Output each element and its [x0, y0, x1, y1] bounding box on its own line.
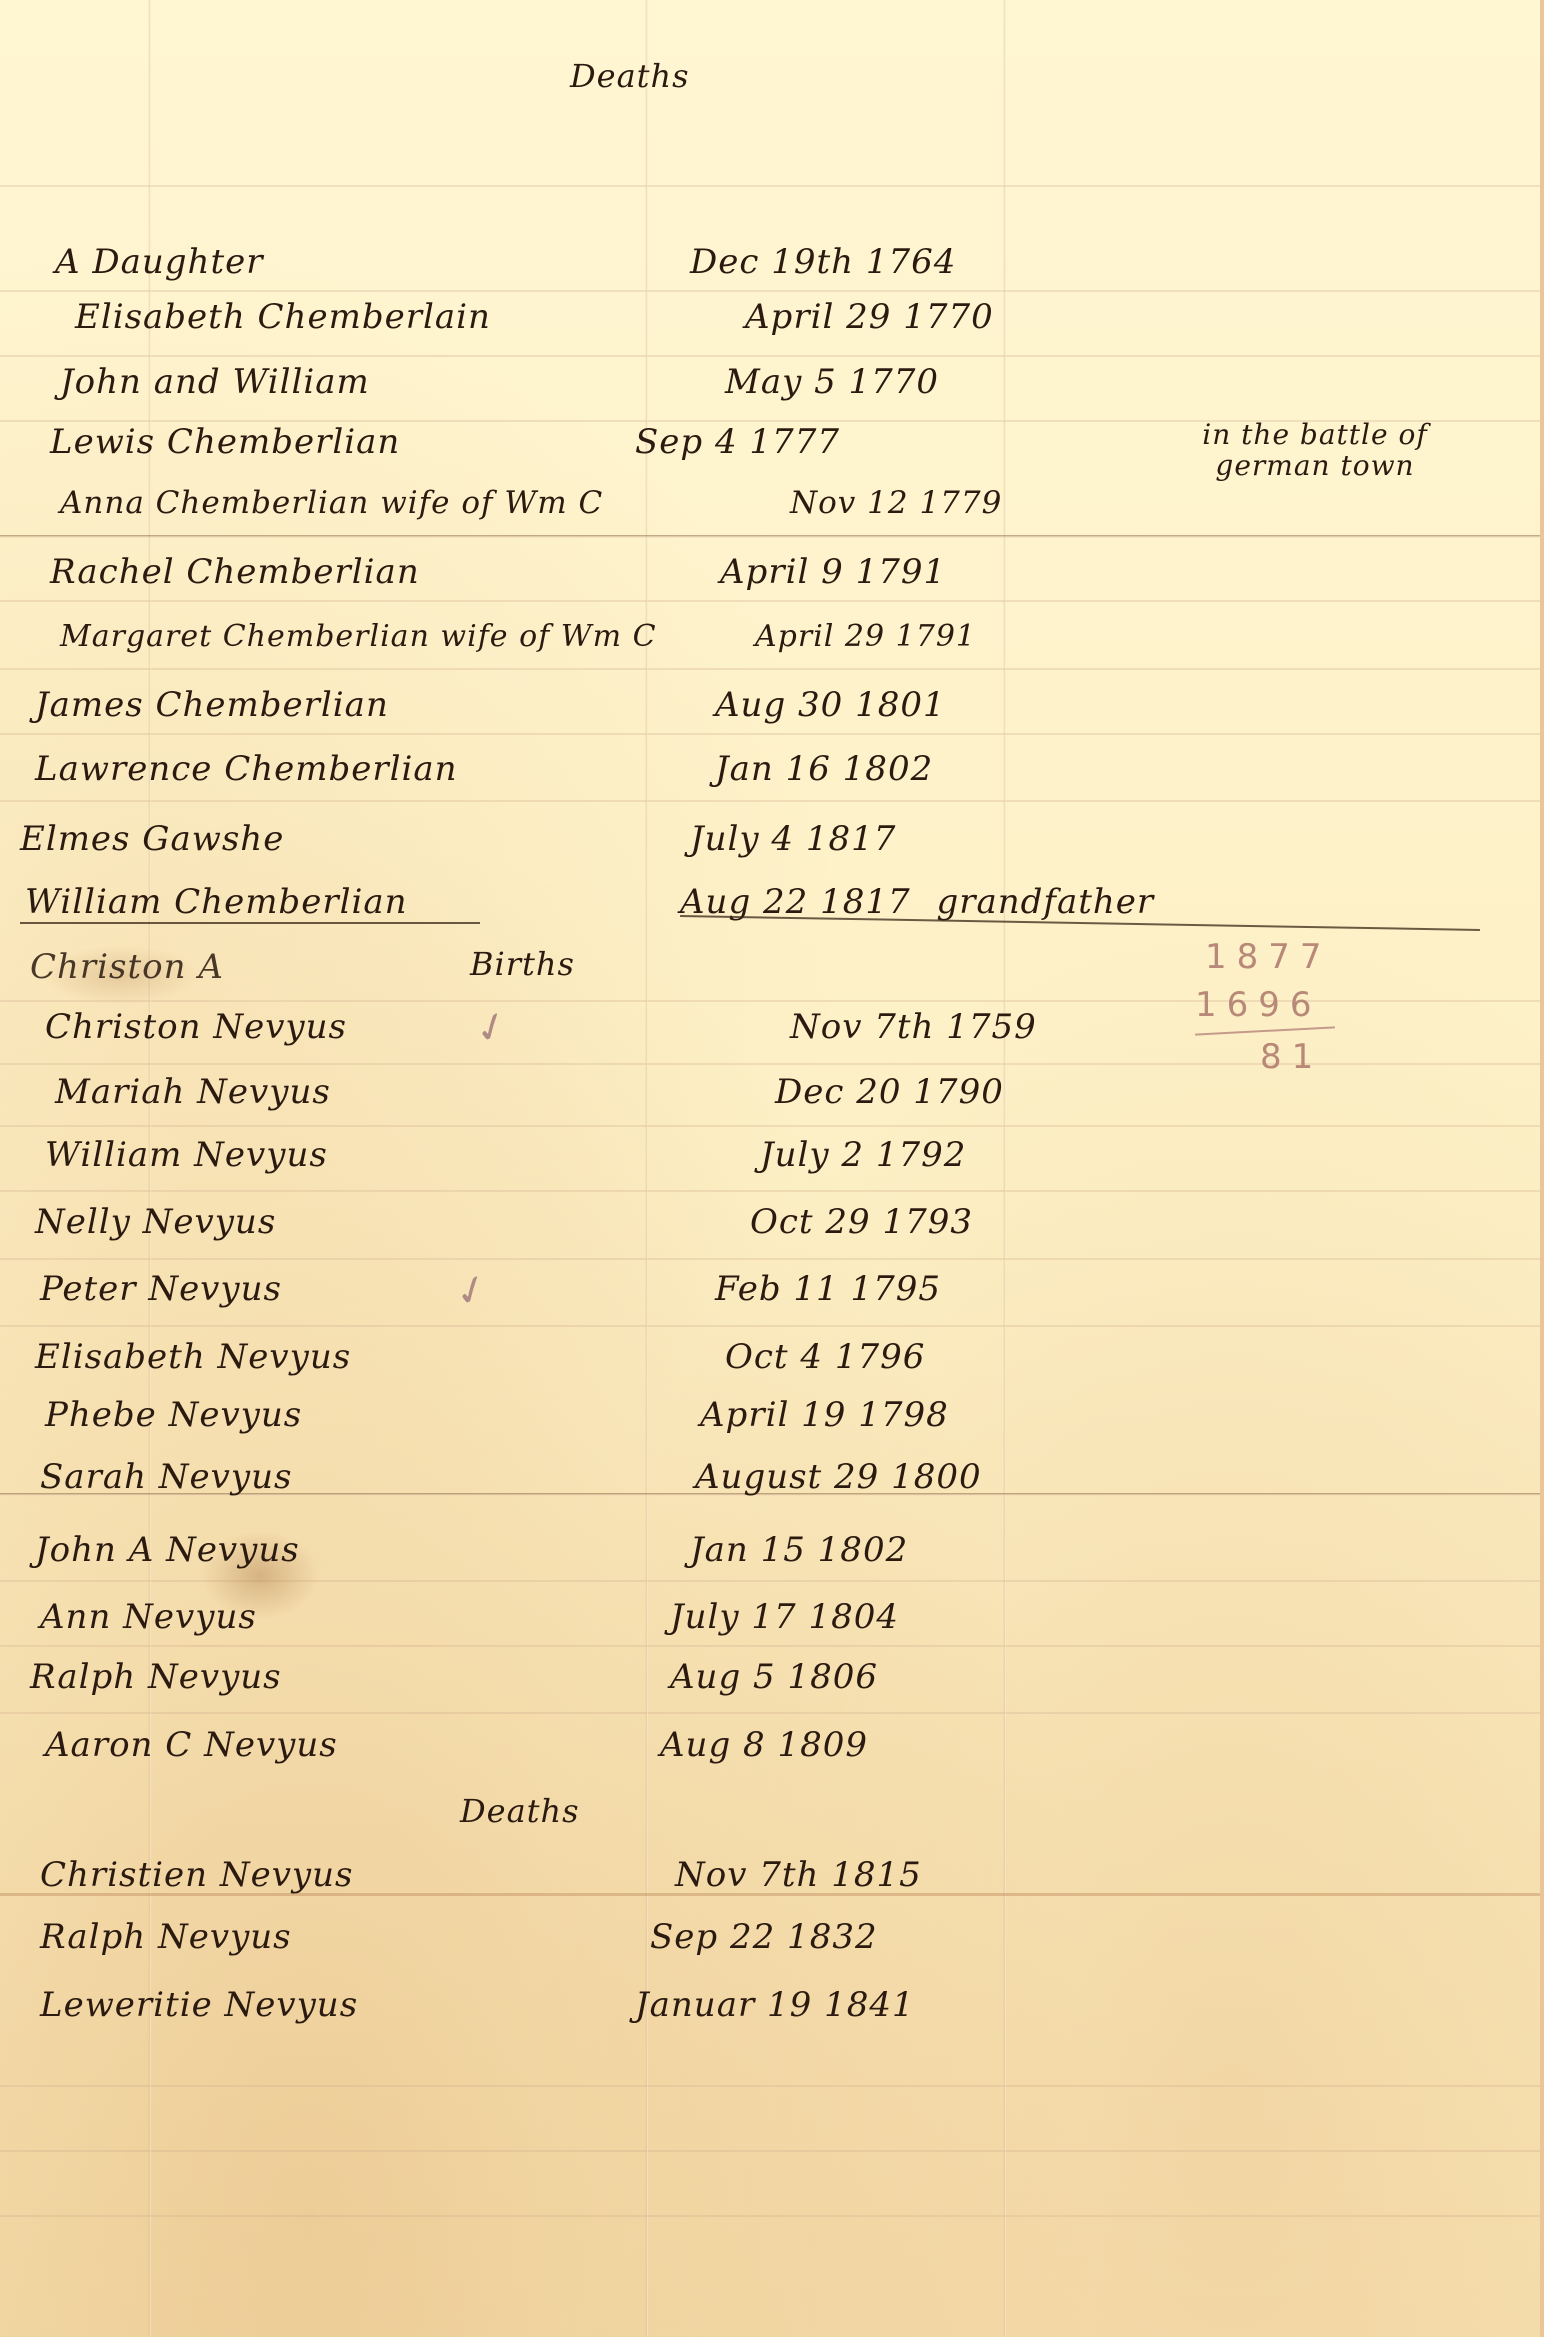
entry-date: Sep 22 1832 [650, 1920, 878, 1954]
battle-note: in the battle of german town [1150, 420, 1480, 482]
entry-date: Oct 4 1796 [725, 1340, 925, 1374]
entry-name: A Daughter [55, 245, 264, 279]
entry-date: Aug 5 1806 [670, 1660, 878, 1694]
entry-date: April 19 1798 [700, 1398, 949, 1432]
pencil-sum-line [1195, 1026, 1335, 1035]
entry-date: Jan 15 1802 [690, 1533, 908, 1567]
section-heading-deaths-2: Deaths [460, 1795, 580, 1827]
entry-date: May 5 1770 [725, 365, 939, 399]
ruled-line [0, 290, 1540, 292]
entry-name: Lawrence Chemberlian [35, 752, 458, 786]
ruled-line [0, 668, 1540, 670]
ruled-line [0, 1325, 1540, 1327]
section-heading-deaths: Deaths [570, 60, 690, 92]
entry-name: Elmes Gawshe [20, 822, 284, 856]
entry-name: Mariah Nevyus [55, 1075, 331, 1109]
entry-name: Aaron C Nevyus [45, 1728, 338, 1762]
entry-date: Feb 11 1795 [715, 1272, 941, 1306]
entry-date: July 4 1817 [690, 822, 896, 856]
ruled-line [0, 800, 1540, 802]
entry-date: Aug 22 1817 grandfather [680, 885, 1120, 919]
pencil-line1: 1877 [1205, 940, 1332, 974]
entry-date: April 29 1770 [745, 300, 994, 334]
document-page: Deaths A Daughter Dec 19th 1764 Elisabet… [0, 0, 1544, 2337]
entry-name: Lewis Chemberlian [50, 425, 400, 459]
ruled-line [0, 185, 1540, 187]
entry-date: Jan 16 1802 [715, 752, 933, 786]
ruled-line [0, 733, 1540, 735]
ruled-line [0, 600, 1540, 602]
entry-date: Dec 19th 1764 [690, 245, 956, 279]
entry-date: July 17 1804 [670, 1600, 899, 1634]
entry-date: Januar 19 1841 [635, 1988, 915, 2022]
entry-name: Margaret Chemberlian wife of Wm C [60, 622, 657, 652]
ruled-line [0, 1258, 1540, 1260]
entry-name: Phebe Nevyus [45, 1398, 302, 1432]
section-heading-births: Births [470, 948, 575, 980]
entry-name: Peter Nevyus [40, 1272, 282, 1306]
entry-name: John A Nevyus [35, 1533, 300, 1567]
entry-date: Aug 30 1801 [715, 688, 946, 722]
entry-date: April 29 1791 [755, 622, 976, 652]
entry-date: April 9 1791 [720, 555, 946, 589]
entry-name: William Chemberlian [25, 885, 408, 919]
ruled-line [0, 2085, 1540, 2087]
entry-date: Nov 7th 1815 [675, 1858, 922, 1892]
entry-name: Anna Chemberlian wife of Wm C [60, 488, 603, 519]
entry-name: William Nevyus [45, 1138, 328, 1172]
entry-date: July 2 1792 [760, 1138, 966, 1172]
entry-name: Leweritie Nevyus [40, 1988, 358, 2022]
entry-date: Oct 29 1793 [750, 1205, 973, 1239]
entry-date: August 29 1800 [695, 1460, 982, 1494]
ruled-line [0, 1645, 1540, 1647]
entry-name: Ann Nevyus [40, 1600, 257, 1634]
entry-date: Aug 8 1809 [660, 1728, 868, 1762]
pencil-check-icon: ✓ [448, 1264, 495, 1319]
ruled-line [0, 355, 1540, 357]
ruled-line [0, 1712, 1540, 1714]
entry-date: Nov 12 1779 [790, 488, 1002, 519]
entry-name: John and William [60, 365, 370, 399]
entry-name: Nelly Nevyus [35, 1205, 276, 1239]
crossed-text: Christon A [30, 950, 224, 984]
underline [20, 922, 480, 924]
entry-date: Nov 7th 1759 [790, 1010, 1037, 1044]
entry-name: Christien Nevyus [40, 1858, 353, 1892]
ruled-line [0, 1125, 1540, 1127]
entry-name: Sarah Nevyus [40, 1460, 292, 1494]
pencil-line2: 1696 [1195, 988, 1322, 1022]
entry-date: Sep 4 1777 [635, 425, 840, 459]
ruled-line [0, 2150, 1540, 2152]
vertical-fold [1003, 0, 1006, 2337]
pencil-check-icon: ✓ [468, 1001, 515, 1056]
entry-name: James Chemberlian [35, 688, 389, 722]
entry-date: Dec 20 1790 [775, 1075, 1004, 1109]
ruled-line [0, 1190, 1540, 1192]
entry-date-text: Dec 19th 1764 [690, 242, 956, 282]
entry-name: Ralph Nevyus [40, 1920, 292, 1954]
ruled-line [0, 2215, 1540, 2217]
grandfather-note: grandfather [936, 882, 1154, 922]
entry-name: Elisabeth Nevyus [35, 1340, 351, 1374]
entry-name: Elisabeth Chemberlain [75, 300, 491, 334]
pencil-result: 81 [1260, 1040, 1323, 1074]
entry-name: Ralph Nevyus [30, 1660, 282, 1694]
entry-name: Christon Nevyus [45, 1010, 347, 1044]
horizontal-fold [0, 535, 1540, 538]
entry-name: Rachel Chemberlian [50, 555, 420, 589]
